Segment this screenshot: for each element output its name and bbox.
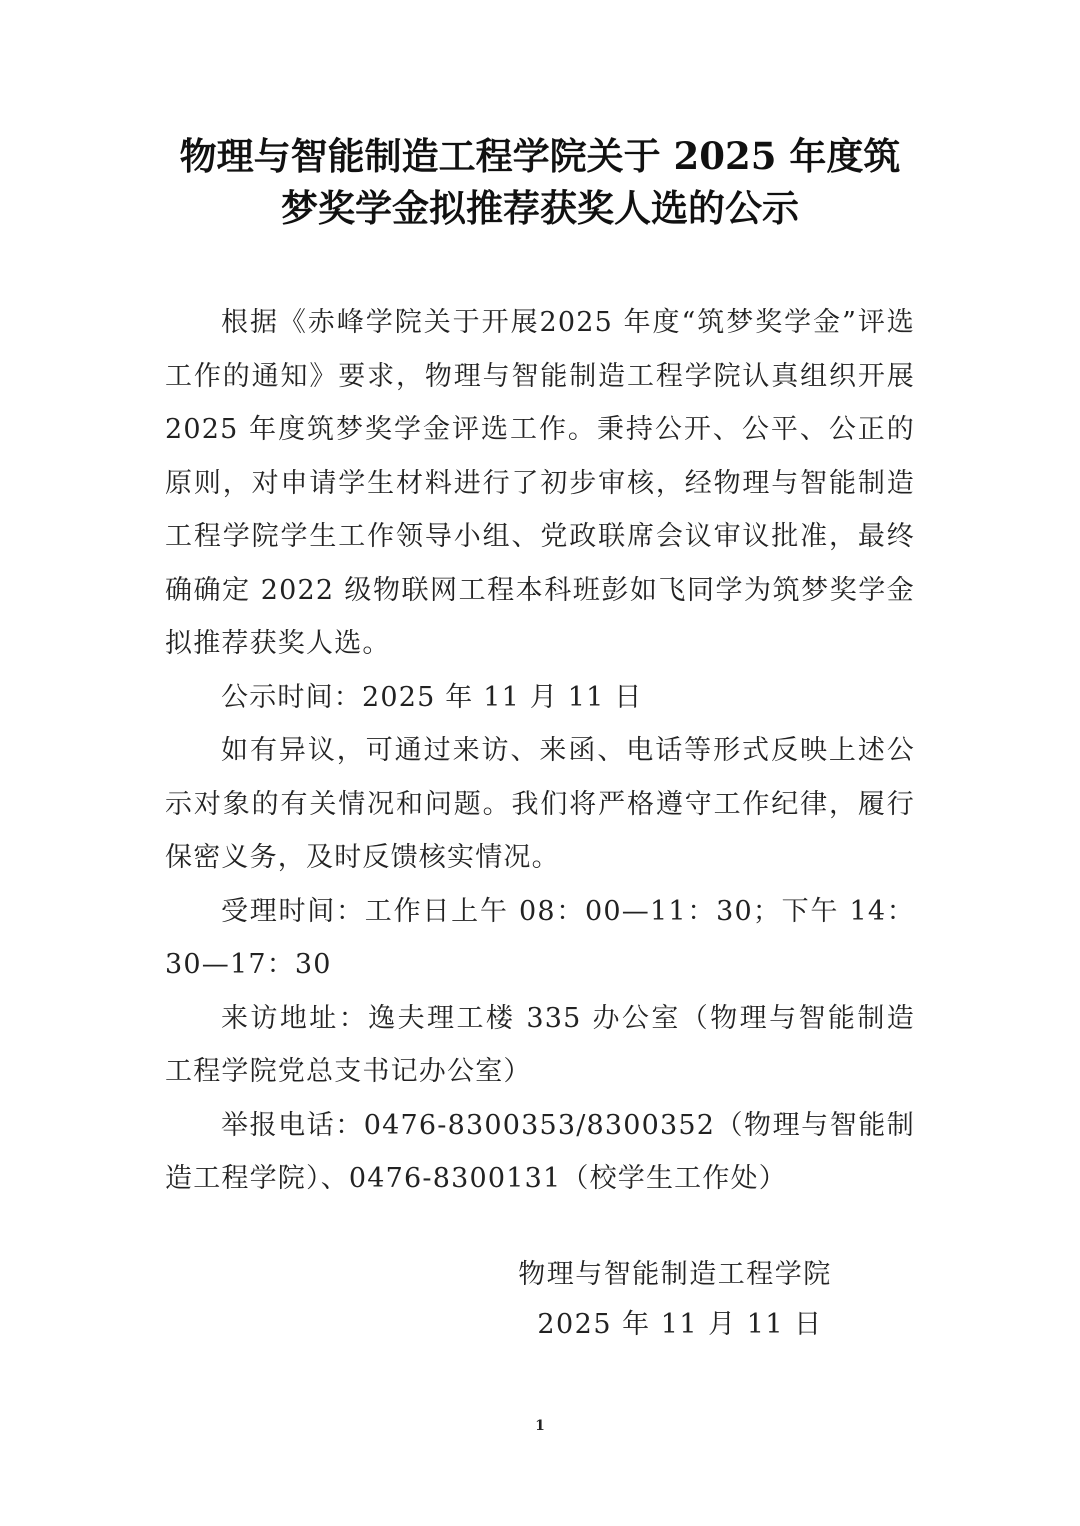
signature-organization: 物理与智能制造工程学院 <box>470 1250 880 1300</box>
paragraph-objection: 如有异议，可通过来访、来函、电话等形式反映上述公示对象的有关情况和问题。我们将严… <box>165 724 915 885</box>
paragraph-visit-address: 来访地址：逸夫理工楼 335 办公室（物理与智能制造工程学院党总支书记办公室） <box>165 992 915 1099</box>
title-line-2: 梦奖学金拟推荐获奖人选的公示 <box>160 182 920 234</box>
paragraph-announcement: 根据《赤峰学院关于开展2025 年度“筑梦奖学金”评选工作的通知》要求，物理与智… <box>165 296 915 671</box>
page-number: 1 <box>530 1418 550 1434</box>
paragraph-publicity-time: 公示时间：2025 年 11 月 11 日 <box>165 671 915 725</box>
signature-date: 2025 年 11 月 11 日 <box>480 1300 880 1350</box>
paragraph-office-hours: 受理时间：工作日上午 08：00—11：30；下午 14：30—17：30 <box>165 885 915 992</box>
signature-block: 物理与智能制造工程学院 2025 年 11 月 11 日 <box>500 1250 880 1350</box>
title-line-1: 物理与智能制造工程学院关于 2025 年度筑 <box>160 130 920 182</box>
document-title: 物理与智能制造工程学院关于 2025 年度筑 梦奖学金拟推荐获奖人选的公示 <box>160 130 920 234</box>
paragraph-report-phone: 举报电话：0476-8300353/8300352（物理与智能制造工程学院）、0… <box>165 1099 915 1206</box>
document-page: 物理与智能制造工程学院关于 2025 年度筑 梦奖学金拟推荐获奖人选的公示 根据… <box>0 0 1080 1526</box>
document-body: 根据《赤峰学院关于开展2025 年度“筑梦奖学金”评选工作的通知》要求，物理与智… <box>165 296 915 1206</box>
